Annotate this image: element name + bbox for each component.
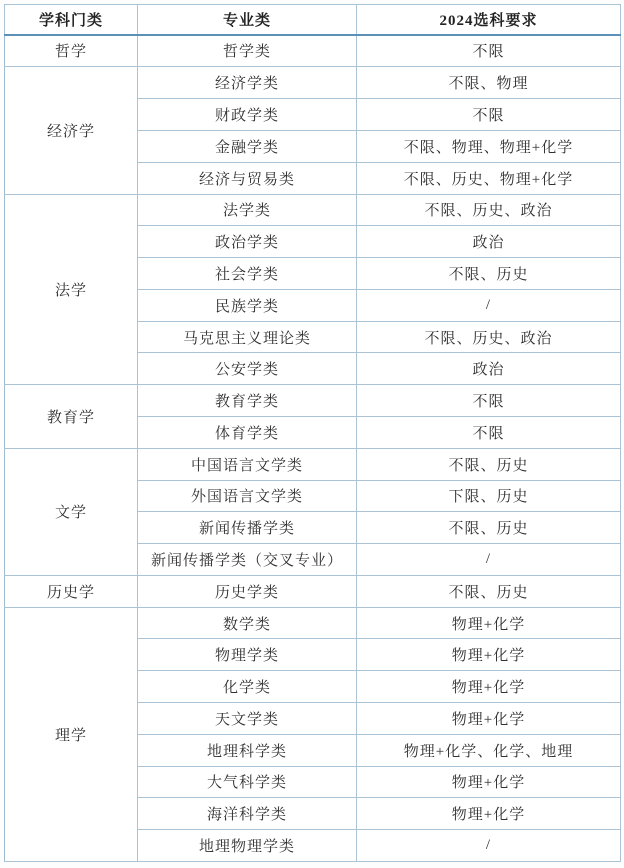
major-cell: 地理物理学类 [138, 830, 357, 862]
requirement-cell: 政治 [357, 353, 621, 385]
major-cell: 体育学类 [138, 416, 357, 448]
requirement-cell: 不限 [357, 385, 621, 417]
major-cell: 政治学类 [138, 226, 357, 258]
major-cell: 法学类 [138, 194, 357, 226]
major-cell: 哲学类 [138, 35, 357, 67]
requirement-cell: 不限 [357, 35, 621, 67]
requirement-cell: 不限、物理 [357, 67, 621, 99]
category-cell: 经济学 [5, 67, 138, 194]
requirement-cell: 物理+化学、化学、地理 [357, 734, 621, 766]
requirement-cell: 不限、历史 [357, 448, 621, 480]
category-cell: 哲学 [5, 35, 138, 67]
requirement-cell: 物理+化学 [357, 798, 621, 830]
major-cell: 经济学类 [138, 67, 357, 99]
table-row: 理学数学类物理+化学 [5, 607, 621, 639]
major-cell: 数学类 [138, 607, 357, 639]
major-cell: 天文学类 [138, 703, 357, 735]
header-cell-discipline: 学科门类 [5, 5, 138, 35]
major-cell: 社会学类 [138, 258, 357, 290]
major-cell: 海洋科学类 [138, 798, 357, 830]
table-row: 法学法学类不限、历史、政治 [5, 194, 621, 226]
category-cell: 文学 [5, 448, 138, 575]
category-cell: 教育学 [5, 385, 138, 449]
major-cell: 外国语言文学类 [138, 480, 357, 512]
requirement-cell: 不限、历史 [357, 258, 621, 290]
page: 学科门类 专业类 2024选科要求 哲学哲学类不限经济学经济学类不限、物理财政学… [0, 0, 624, 868]
requirement-cell: 不限、历史、政治 [357, 194, 621, 226]
header-cell-requirement: 2024选科要求 [357, 5, 621, 35]
table-row: 教育学教育学类不限 [5, 385, 621, 417]
major-cell: 经济与贸易类 [138, 162, 357, 194]
requirement-cell: 不限、历史、政治 [357, 321, 621, 353]
major-cell: 马克思主义理论类 [138, 321, 357, 353]
requirement-cell: 物理+化学 [357, 703, 621, 735]
major-cell: 历史学类 [138, 575, 357, 607]
header-row: 学科门类 专业类 2024选科要求 [5, 5, 621, 35]
table-body: 哲学哲学类不限经济学经济学类不限、物理财政学类不限金融学类不限、物理、物理+化学… [5, 35, 621, 862]
major-cell: 教育学类 [138, 385, 357, 417]
category-cell: 历史学 [5, 575, 138, 607]
requirement-cell: 物理+化学 [357, 766, 621, 798]
table-row: 哲学哲学类不限 [5, 35, 621, 67]
major-cell: 中国语言文学类 [138, 448, 357, 480]
requirement-cell: 不限 [357, 416, 621, 448]
requirement-cell: 不限、历史 [357, 575, 621, 607]
table-header: 学科门类 专业类 2024选科要求 [5, 5, 621, 35]
major-cell: 民族学类 [138, 289, 357, 321]
requirement-cell: 下限、历史 [357, 480, 621, 512]
major-cell: 公安学类 [138, 353, 357, 385]
requirement-cell: 物理+化学 [357, 639, 621, 671]
major-cell: 物理学类 [138, 639, 357, 671]
requirement-cell: 不限 [357, 99, 621, 131]
requirement-cell: 不限、历史 [357, 512, 621, 544]
table-row: 经济学经济学类不限、物理 [5, 67, 621, 99]
category-cell: 理学 [5, 607, 138, 861]
table-row: 文学中国语言文学类不限、历史 [5, 448, 621, 480]
requirement-cell: 不限、物理、物理+化学 [357, 130, 621, 162]
requirement-cell: 政治 [357, 226, 621, 258]
requirement-cell: / [357, 544, 621, 576]
major-cell: 新闻传播学类 [138, 512, 357, 544]
requirement-cell: / [357, 830, 621, 862]
requirement-cell: 物理+化学 [357, 607, 621, 639]
major-cell: 新闻传播学类（交叉专业） [138, 544, 357, 576]
header-cell-major: 专业类 [138, 5, 357, 35]
major-cell: 大气科学类 [138, 766, 357, 798]
major-cell: 财政学类 [138, 99, 357, 131]
requirement-cell: / [357, 289, 621, 321]
table-row: 历史学历史学类不限、历史 [5, 575, 621, 607]
major-cell: 地理科学类 [138, 734, 357, 766]
requirement-cell: 不限、历史、物理+化学 [357, 162, 621, 194]
major-cell: 化学类 [138, 671, 357, 703]
requirement-cell: 物理+化学 [357, 671, 621, 703]
major-cell: 金融学类 [138, 130, 357, 162]
subject-requirements-table: 学科门类 专业类 2024选科要求 哲学哲学类不限经济学经济学类不限、物理财政学… [4, 4, 621, 862]
category-cell: 法学 [5, 194, 138, 385]
